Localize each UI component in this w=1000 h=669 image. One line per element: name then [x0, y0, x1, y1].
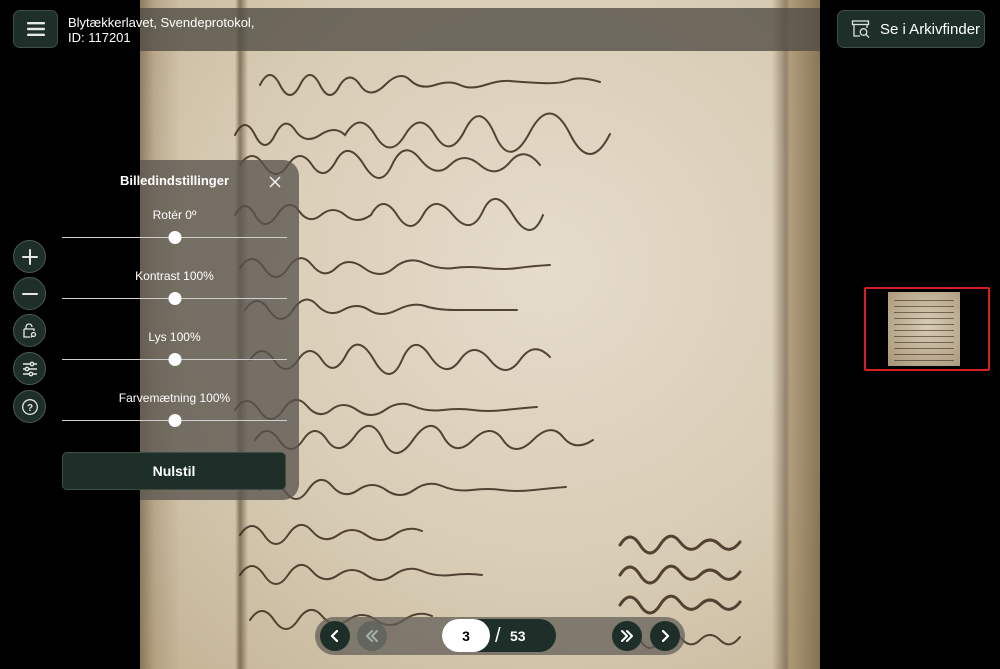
- image-settings-button[interactable]: [13, 352, 46, 385]
- archive-search-icon: [851, 19, 871, 39]
- current-page-input[interactable]: 3: [442, 619, 490, 652]
- plus-icon: [21, 248, 39, 266]
- arkivfinder-label: Se i Arkivfinder: [880, 21, 980, 38]
- page-thumbnail-navigator[interactable]: [864, 287, 990, 371]
- help-button[interactable]: ?: [13, 390, 46, 423]
- document-title-name: Blytækkerlavet, Svendeprotokol,: [68, 15, 254, 30]
- page-separator: /: [495, 625, 501, 648]
- zoom-in-button[interactable]: [13, 240, 46, 273]
- minus-icon: [21, 285, 39, 303]
- close-panel-button[interactable]: [267, 174, 283, 190]
- rotate-label: Rotér 0º: [62, 208, 287, 222]
- brightness-label: Lys 100%: [62, 330, 287, 344]
- panel-title: Billedindstillinger: [50, 173, 299, 188]
- unlock-zoom-button[interactable]: [13, 314, 46, 347]
- chevron-right-icon: [659, 629, 671, 643]
- close-icon: [267, 174, 283, 190]
- contrast-label: Kontrast 100%: [62, 269, 287, 283]
- slider-thumb[interactable]: [168, 292, 181, 305]
- unlock-search-icon: [21, 322, 39, 340]
- first-page-button[interactable]: [357, 621, 387, 651]
- help-icon: ?: [21, 398, 39, 416]
- document-id: ID: 117201: [68, 30, 254, 45]
- reset-button[interactable]: Nulstil: [62, 452, 286, 490]
- document-viewer: Blytækkerlavet, Svendeprotokol, ID: 1172…: [0, 0, 1000, 669]
- contrast-slider[interactable]: [62, 292, 287, 306]
- menu-button[interactable]: [13, 10, 58, 48]
- arkivfinder-button[interactable]: Se i Arkivfinder: [837, 10, 985, 48]
- chevron-left-icon: [329, 629, 341, 643]
- brightness-slider[interactable]: [62, 353, 287, 367]
- slider-thumb[interactable]: [168, 414, 181, 427]
- slider-thumb[interactable]: [168, 353, 181, 366]
- double-chevron-right-icon: [619, 629, 635, 643]
- page-thumbnail: [888, 292, 960, 366]
- slider-thumb[interactable]: [168, 231, 181, 244]
- double-chevron-left-icon: [364, 629, 380, 643]
- page-indicator: 3 / 53: [442, 619, 556, 652]
- last-page-button[interactable]: [612, 621, 642, 651]
- page-navigation: 3 / 53: [315, 617, 685, 655]
- sliders-icon: [21, 360, 39, 378]
- saturation-label: Farvemætning 100%: [62, 391, 287, 405]
- image-settings-panel: Billedindstillinger Rotér 0º Kontrast 10…: [50, 160, 299, 500]
- previous-page-button[interactable]: [320, 621, 350, 651]
- zoom-out-button[interactable]: [13, 277, 46, 310]
- document-title: Blytækkerlavet, Svendeprotokol, ID: 1172…: [68, 15, 254, 45]
- total-pages: 53: [510, 628, 526, 644]
- next-page-button[interactable]: [650, 621, 680, 651]
- svg-text:?: ?: [26, 402, 32, 413]
- rotate-slider[interactable]: [62, 231, 287, 245]
- saturation-slider[interactable]: [62, 414, 287, 428]
- hamburger-menu-icon: [26, 21, 46, 37]
